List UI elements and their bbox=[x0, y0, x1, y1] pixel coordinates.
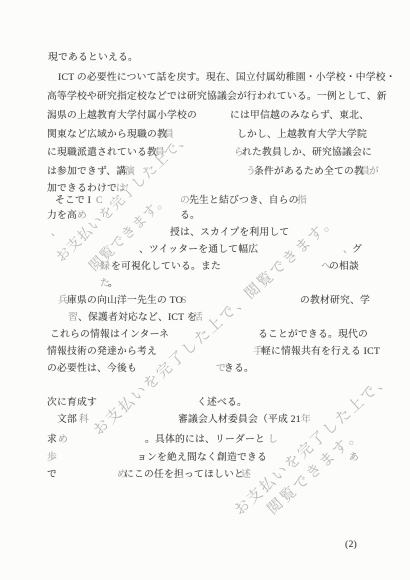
text-segment: 。 bbox=[108, 277, 118, 290]
text-segment: ョンを絶え間なく創造できる bbox=[137, 451, 267, 464]
text-segment: 力を高 bbox=[47, 209, 77, 222]
text-segment: し bbox=[268, 433, 278, 446]
text-segment: 年 bbox=[301, 413, 311, 426]
text-segment: しかし、上越教育大学大学院 bbox=[237, 128, 367, 141]
text-segment: あ bbox=[349, 451, 359, 464]
text-segment: これらの情報はインターネ bbox=[50, 328, 169, 341]
text-segment: 、保護者対応など、ICT を bbox=[78, 311, 197, 324]
text-segment: ることができる。現代の bbox=[258, 328, 368, 341]
text-segment: 指 bbox=[297, 194, 307, 207]
text-segment: S bbox=[181, 294, 187, 307]
text-segment: グ bbox=[352, 243, 362, 256]
text-segment: を可視化している。また bbox=[111, 260, 221, 273]
text-segment: 次に育成す bbox=[47, 396, 97, 409]
text-segment: 、ツイッターを通して幅広 bbox=[139, 243, 258, 256]
text-segment: 現であるといえる。 bbox=[48, 51, 138, 64]
text-segment: 歩 bbox=[47, 451, 57, 464]
text-segment: 情報技術の発達から考え bbox=[47, 345, 157, 358]
text-segment: 審議会人材委員会（平成 21 bbox=[178, 413, 301, 426]
text-segment: 、 bbox=[51, 226, 61, 239]
text-segment: そこで I bbox=[55, 194, 91, 207]
text-segment: ICT の必要性について話を戻す。現在、国立付属幼稚園・小学校・中学校・ bbox=[58, 71, 396, 84]
text-segment: 関東など広域から現職の教 bbox=[47, 128, 167, 141]
text-segment: に現職派遣されている教 bbox=[47, 146, 157, 159]
text-segment: 員 bbox=[155, 146, 165, 159]
text-segment: 庫県の向山洋一先生の TO bbox=[67, 294, 183, 307]
document-page: お支払いを完了した上で、 閲覧できます。 お支払いを完了した上で、閲覧できます。… bbox=[0, 0, 410, 580]
text-segment: め bbox=[77, 209, 87, 222]
text-segment: の相談 bbox=[329, 260, 359, 273]
text-segment: 高等学校や研究指定校などでは研究協議会が行われている。一例として、新 bbox=[47, 90, 387, 103]
text-segment: 先生と結びつき、自らの bbox=[189, 194, 299, 207]
text-segment: 述 bbox=[241, 468, 251, 481]
text-segment: きる。 bbox=[224, 362, 254, 375]
text-segment: は参加できず、講 bbox=[47, 165, 126, 178]
text-segment: 授は、スカイプを利用して bbox=[170, 226, 289, 239]
text-segment: 。具体的には、リーダーと bbox=[145, 433, 265, 446]
text-segment: は bbox=[116, 182, 126, 195]
text-segment: 文部 bbox=[57, 413, 77, 426]
text-segment: 演 bbox=[125, 165, 135, 178]
text-segment: れた教員しか、研究協議会に bbox=[242, 146, 372, 159]
text-segment: め bbox=[58, 433, 68, 446]
text-segment: 条件があるため全ての教 bbox=[254, 165, 364, 178]
text-segment: 録 bbox=[100, 260, 110, 273]
text-segment: 習 bbox=[68, 311, 78, 324]
text-segment: 求 bbox=[47, 433, 57, 446]
page-number: (2) bbox=[345, 538, 357, 551]
text-segment: にこの任を担ってほしいと bbox=[124, 468, 244, 481]
text-segment: 活 bbox=[193, 311, 203, 324]
text-segment: 潟県の上越教育大学付属小学校の bbox=[47, 109, 197, 122]
text-segment: の必要性は、今後も bbox=[47, 362, 137, 375]
text-segment: る。 bbox=[180, 209, 200, 222]
text-segment: 軽に情報共有を行える ICT bbox=[261, 345, 380, 358]
text-segment: く述べる。 bbox=[197, 396, 247, 409]
text-segment: が bbox=[369, 165, 379, 178]
text-segment: 員 bbox=[164, 128, 174, 141]
text-segment: には甲信越のみならず、東北、 bbox=[230, 109, 369, 122]
text-segment: で bbox=[47, 468, 57, 481]
text-segment: 科 bbox=[79, 413, 89, 426]
text-segment: C bbox=[96, 194, 103, 207]
text-segment: の教材研究、学 bbox=[300, 294, 370, 307]
